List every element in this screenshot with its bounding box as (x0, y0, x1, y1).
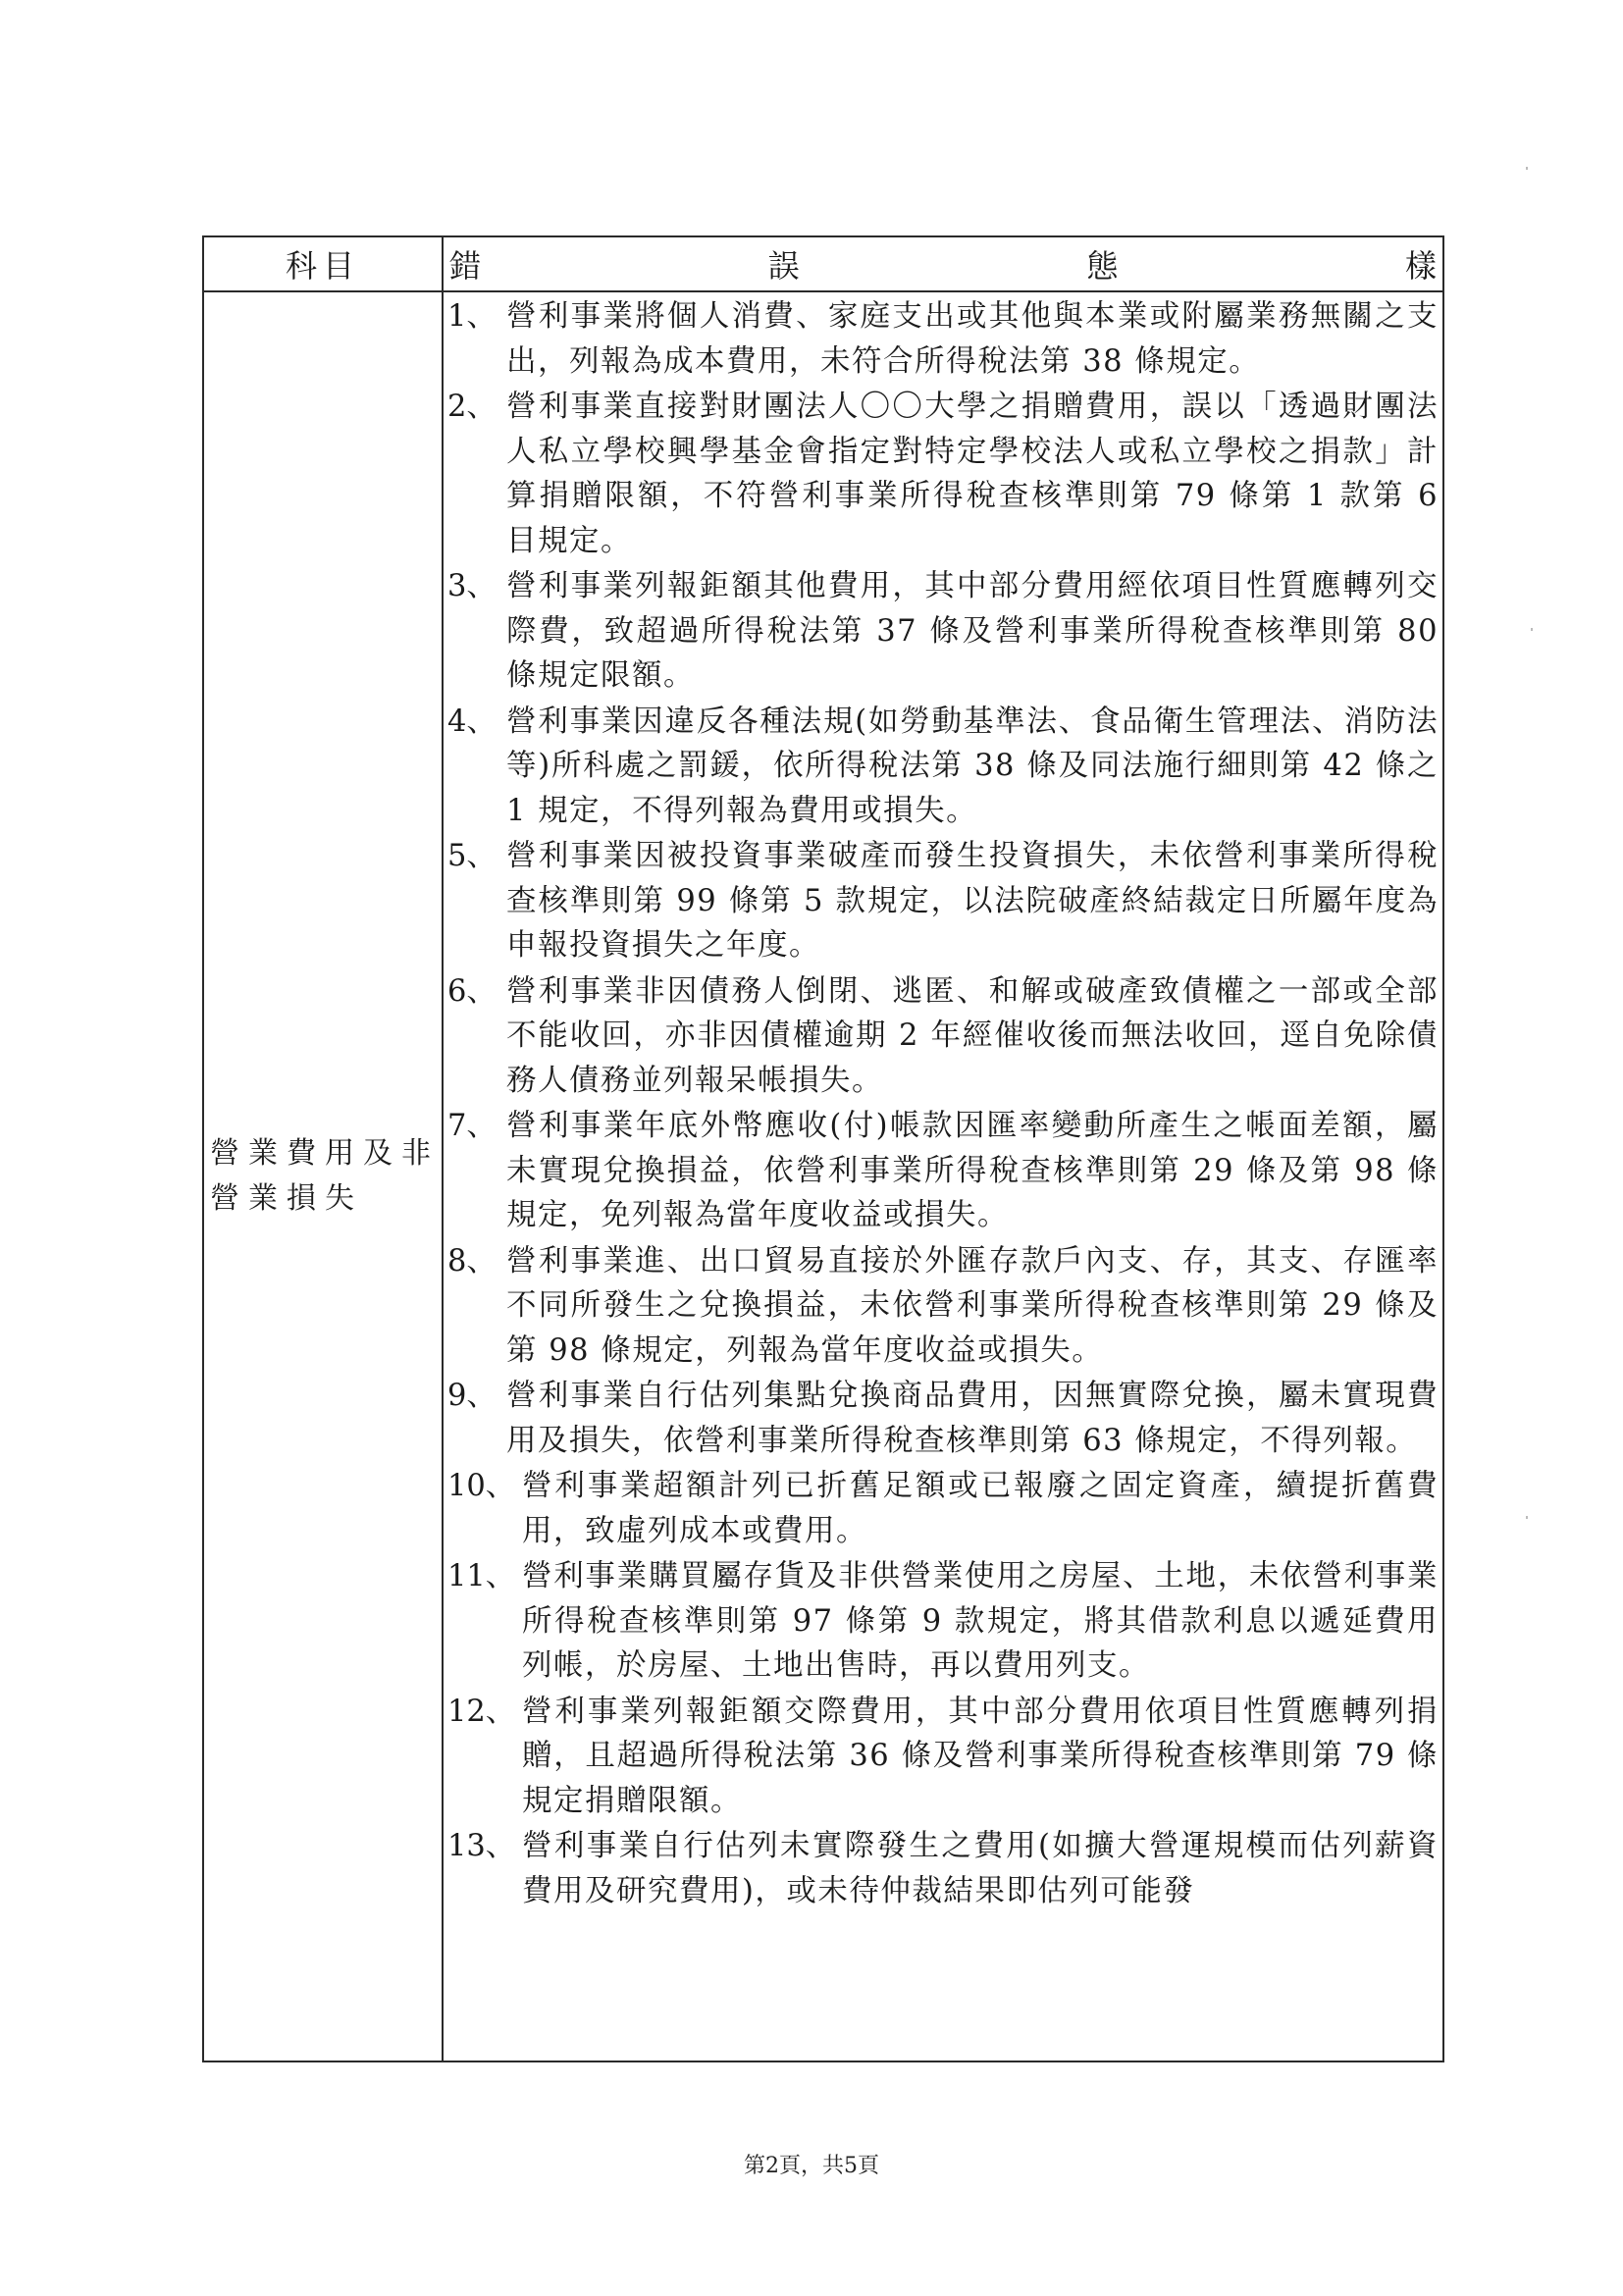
item-text: 營利事業自行估列未實際發生之費用(如擴大營運規模而估列薪資費用及研究費用)，或未… (522, 1824, 1439, 1913)
table-row: 營業費用及非 營業損失 1、 營利事業將個人消費、家庭支出或其他與本業或附屬業務… (203, 291, 1443, 2061)
list-item: 6、 營利事業非因債務人倒閉、逃匿、和解或破產致債權之一部或全部不能收回，亦非因… (447, 969, 1439, 1104)
header-char: 誤 (768, 241, 800, 287)
subject-cell: 營業費用及非 營業損失 (203, 291, 443, 2061)
error-items-cell: 1、 營利事業將個人消費、家庭支出或其他與本業或附屬業務無關之支出，列報為成本費… (443, 291, 1443, 2061)
item-number: 12、 (447, 1690, 522, 1824)
header-subject: 科目 (203, 236, 443, 291)
item-text: 營利事業直接對財團法人〇〇大學之捐贈費用，誤以「透過財團法人私立學校興學基金會指… (506, 385, 1439, 563)
item-number: 3、 (447, 564, 506, 699)
subject-line: 營業費用及非 (210, 1131, 438, 1176)
header-char: 錯 (449, 241, 481, 287)
list-item: 8、 營利事業進、出口貿易直接於外匯存款戶內支、存，其支、存匯率不同所發生之兌換… (447, 1239, 1439, 1374)
list-item: 3、 營利事業列報鉅額其他費用，其中部分費用經依項目性質應轉列交際費，致超過所得… (447, 564, 1439, 699)
list-item: 11、 營利事業購買屬存貨及非供營業使用之房屋、土地，未依營利事業所得稅查核準則… (447, 1554, 1439, 1689)
list-item: 7、 營利事業年底外幣應收(付)帳款因匯率變動所產生之帳面差額，屬未實現兌換損益… (447, 1104, 1439, 1238)
item-number: 5、 (447, 834, 506, 968)
item-number: 2、 (447, 385, 506, 563)
list-item: 12、 營利事業列報鉅額交際費用，其中部分費用依項目性質應轉列捐贈，且超過所得稅… (447, 1690, 1439, 1824)
item-text: 營利事業列報鉅額其他費用，其中部分費用經依項目性質應轉列交際費，致超過所得稅法第… (506, 564, 1439, 699)
list-item: 5、 營利事業因被投資事業破產而發生投資損失，未依營利事業所得稅查核準則第 99… (447, 834, 1439, 968)
item-text: 營利事業超額計列已折舊足額或已報廢之固定資產，續提折舊費用，致虛列成本或費用。 (522, 1464, 1439, 1553)
item-text: 營利事業進、出口貿易直接於外匯存款戶內支、存，其支、存匯率不同所發生之兌換損益，… (506, 1239, 1439, 1374)
list-item: 10、 營利事業超額計列已折舊足額或已報廢之固定資產，續提折舊費用，致虛列成本或… (447, 1464, 1439, 1553)
list-item: 4、 營利事業因違反各種法規(如勞動基準法、食品衛生管理法、消防法等)所科處之罰… (447, 700, 1439, 834)
page-number: 第2頁，共5頁 (0, 2149, 1623, 2179)
list-item: 1、 營利事業將個人消費、家庭支出或其他與本業或附屬業務無關之支出，列報為成本費… (447, 294, 1439, 384)
item-text: 營利事業將個人消費、家庭支出或其他與本業或附屬業務無關之支出，列報為成本費用，未… (506, 294, 1439, 384)
subject-line: 營業損失 (210, 1176, 438, 1222)
item-number: 11、 (447, 1554, 522, 1689)
item-number: 6、 (447, 969, 506, 1104)
scan-speck (1531, 628, 1533, 631)
table-header-row: 科目 錯 誤 態 樣 (203, 236, 1443, 291)
item-number: 4、 (447, 700, 506, 834)
error-patterns-table: 科目 錯 誤 態 樣 營業費用及非 營業損失 1、 營利事業將個人消費、家庭支出… (202, 235, 1444, 2062)
header-char: 態 (1086, 241, 1118, 287)
item-number: 9、 (447, 1374, 506, 1463)
item-text: 營利事業列報鉅額交際費用，其中部分費用依項目性質應轉列捐贈，且超過所得稅法第 3… (522, 1690, 1439, 1824)
header-char: 樣 (1405, 241, 1437, 287)
scan-speck (1526, 167, 1528, 170)
list-item: 13、 營利事業自行估列未實際發生之費用(如擴大營運規模而估列薪資費用及研究費用… (447, 1824, 1439, 1913)
item-text: 營利事業購買屬存貨及非供營業使用之房屋、土地，未依營利事業所得稅查核準則第 97… (522, 1554, 1439, 1689)
item-number: 7、 (447, 1104, 506, 1238)
item-text: 營利事業因違反各種法規(如勞動基準法、食品衛生管理法、消防法等)所科處之罰鍰，依… (506, 700, 1439, 834)
item-text: 營利事業自行估列集點兌換商品費用，因無實際兌換，屬未實現費用及損失，依營利事業所… (506, 1374, 1439, 1463)
header-error-patterns: 錯 誤 態 樣 (443, 236, 1443, 291)
item-text: 營利事業非因債務人倒閉、逃匿、和解或破產致債權之一部或全部不能收回，亦非因債權逾… (506, 969, 1439, 1104)
item-text: 營利事業年底外幣應收(付)帳款因匯率變動所產生之帳面差額，屬未實現兌換損益，依營… (506, 1104, 1439, 1238)
item-number: 1、 (447, 294, 506, 384)
item-number: 10、 (447, 1464, 522, 1553)
scan-speck (1526, 1516, 1528, 1519)
item-number: 13、 (447, 1824, 522, 1913)
list-item: 9、 營利事業自行估列集點兌換商品費用，因無實際兌換，屬未實現費用及損失，依營利… (447, 1374, 1439, 1463)
item-number: 8、 (447, 1239, 506, 1374)
item-text: 營利事業因被投資事業破產而發生投資損失，未依營利事業所得稅查核準則第 99 條第… (506, 834, 1439, 968)
list-item: 2、 營利事業直接對財團法人〇〇大學之捐贈費用，誤以「透過財團法人私立學校興學基… (447, 385, 1439, 563)
